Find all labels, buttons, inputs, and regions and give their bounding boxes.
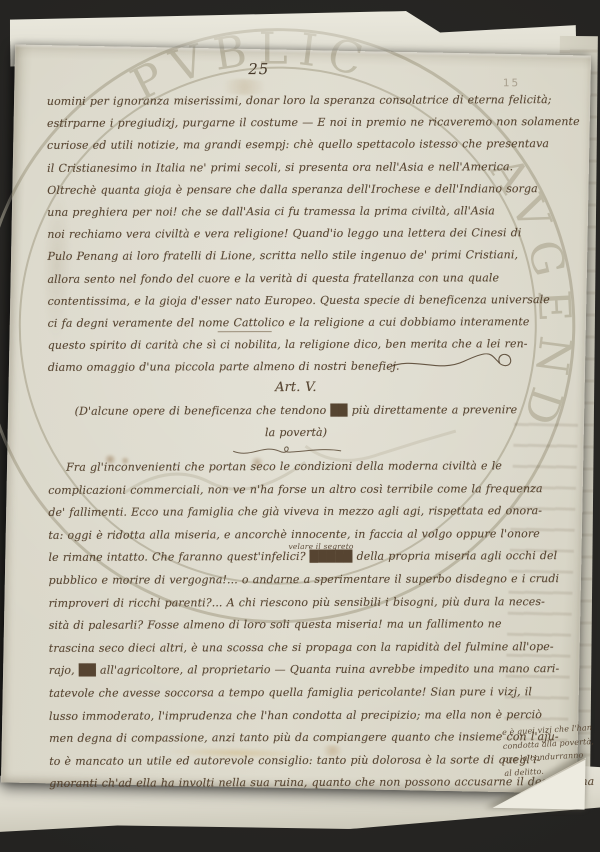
manuscript-line: rimproveri di ricchi parenti?... A chi r… (49, 595, 545, 617)
manuscript-line: ci fa degni veramente del nome Cattolico… (48, 315, 530, 337)
manuscript-line: Fra gl'inconvenienti che portan seco le … (66, 459, 502, 481)
flourish (386, 353, 516, 375)
manuscript-line: Oltrechè quanta gioja è pensare che dall… (47, 182, 538, 204)
pencil-folio-number: 15 (503, 77, 520, 89)
manuscript-line: noi rechiamo vera civiltà e vera religio… (47, 226, 521, 248)
manuscript-line: de' fallimenti. Ecco una famiglia che gi… (48, 504, 542, 526)
article-subtitle: (D'alcune opere di beneficenza che tendo… (8, 403, 584, 425)
manuscript-line: le rimane intatto. Che faranno quest'inf… (48, 549, 557, 571)
manuscript-line: rajo, ██ all'agricoltore, al proprietari… (49, 662, 560, 684)
manuscript-line: sità di palesarli? Fosse almeno di loro … (49, 617, 502, 639)
manuscript-line: il Cristianesimo in Italia ne' primi sec… (47, 160, 513, 182)
manuscript-line: lusso immoderato, l'imprudenza che l'han… (49, 708, 542, 730)
manuscript-line: ta: oggi è ridotta alla miseria, e ancor… (48, 527, 540, 549)
manuscript-line: curiose ed utili notizie, ma grandi esem… (47, 137, 549, 159)
manuscript-line: uomini per ignoranza miserissimi, donar … (47, 93, 552, 115)
manuscript-page: PVBLIC AVGEND 25 15 uomini per ignoranza… (1, 45, 591, 794)
squiggle-divider (233, 444, 343, 458)
manuscript-line: Pulo Penang ai loro fratelli di Lione, s… (47, 248, 518, 270)
manuscript-line: contentissima, e la gioja d'esser nato E… (48, 293, 550, 315)
manuscript-line: estirparne i pregiudizj, purgarne il cos… (47, 115, 580, 137)
manuscript-line: una preghiera per noi! che se dall'Asia … (47, 204, 495, 226)
manuscript-line: men degna di compassione, anzi tanto più… (49, 730, 559, 752)
handwriting-layer: 25 15 uomini per ignoranza miserissimi, … (7, 49, 586, 789)
manuscript-line: complicazioni commerciali, non ve n'ha f… (48, 482, 542, 504)
page-number: 25 (209, 60, 309, 78)
manuscript-line: to è mancato un utile ed autorevole cons… (49, 753, 540, 775)
manuscript-line: allora sento nel fondo del cuore e la ve… (47, 271, 499, 293)
manuscript-line: tatevole che avesse soccorsa a tempo que… (49, 685, 532, 707)
underline-cattolico (218, 331, 272, 332)
manuscript-line: diamo omaggio d'una piccola parte almeno… (48, 360, 400, 381)
manuscript-line: trascina seco dieci altri, è una scossa … (49, 640, 554, 662)
manuscript-line: pubblico e morire di vergogna!... o anda… (49, 572, 560, 594)
article-heading: Art. V. (8, 379, 584, 401)
